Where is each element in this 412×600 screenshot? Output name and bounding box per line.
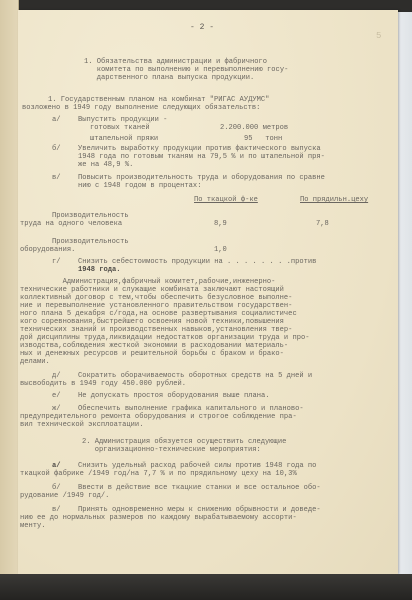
text-line: возложено в 1949 году выполнение следующ… [22,104,260,112]
document-page: - 2 - 5 1. Обязательства администрации и… [18,10,398,574]
heading-line: дарственного плана выпуска продукции. [84,74,254,82]
item-marker: г/ [52,258,61,266]
text-line: нию с 1948 годом в процентах: [78,182,201,190]
row-value: 7,8 [316,220,329,228]
row-value: 1,0 [214,246,227,254]
text-line: ткацкой фабрике /1949 год/на 7,7 % и по … [20,470,297,478]
heading-line: организационно-технические мероприятия: [82,446,261,454]
text-line: Ввести в действие все ткацкие станки и в… [78,484,321,492]
row-label: штапельной пряжи [90,135,158,143]
row-label: оборудования. [20,246,75,254]
item-marker: е/ [52,392,61,400]
row-label: труда на одного человека [20,220,122,228]
row-value: 8,9 [214,220,227,228]
text-line: рудование /1949 год/. [20,492,109,500]
item-marker: б/ [52,145,61,153]
text-line: делами. [20,358,50,366]
text-line: вил технической эксплоатации. [20,421,143,429]
scanner-bottom-edge [0,574,412,600]
text-line: нию ее до нормальных размеров по каждому… [20,514,297,522]
page-number: - 2 - [190,24,214,32]
text-line: Не допускать простоя оборудования выше п… [78,392,270,400]
item-marker: а/ [52,116,61,124]
column-header: По прядильн.цеху [300,196,368,204]
corner-pencil-mark: 5 [376,32,381,40]
text-line: 1948 года. [78,266,121,274]
row-value: 95 тонн [244,135,282,143]
binding-edge [0,0,19,600]
item-marker: в/ [52,174,61,182]
text-line: же на 48,9 %. [78,161,133,169]
row-label: готовых тканей [90,124,150,132]
scanner-top-edge [0,0,412,10]
text-line: менту. [20,522,46,530]
scanner-right-edge [396,12,412,600]
text-line: высвободить в 1949 году 450.000 рублей. [20,380,186,388]
text-line: ных и денежных ресурсов и решительной бо… [20,350,284,358]
column-header: По ткацкой ф-ке [194,196,258,204]
row-value: 2.200.000 метров [220,124,288,132]
